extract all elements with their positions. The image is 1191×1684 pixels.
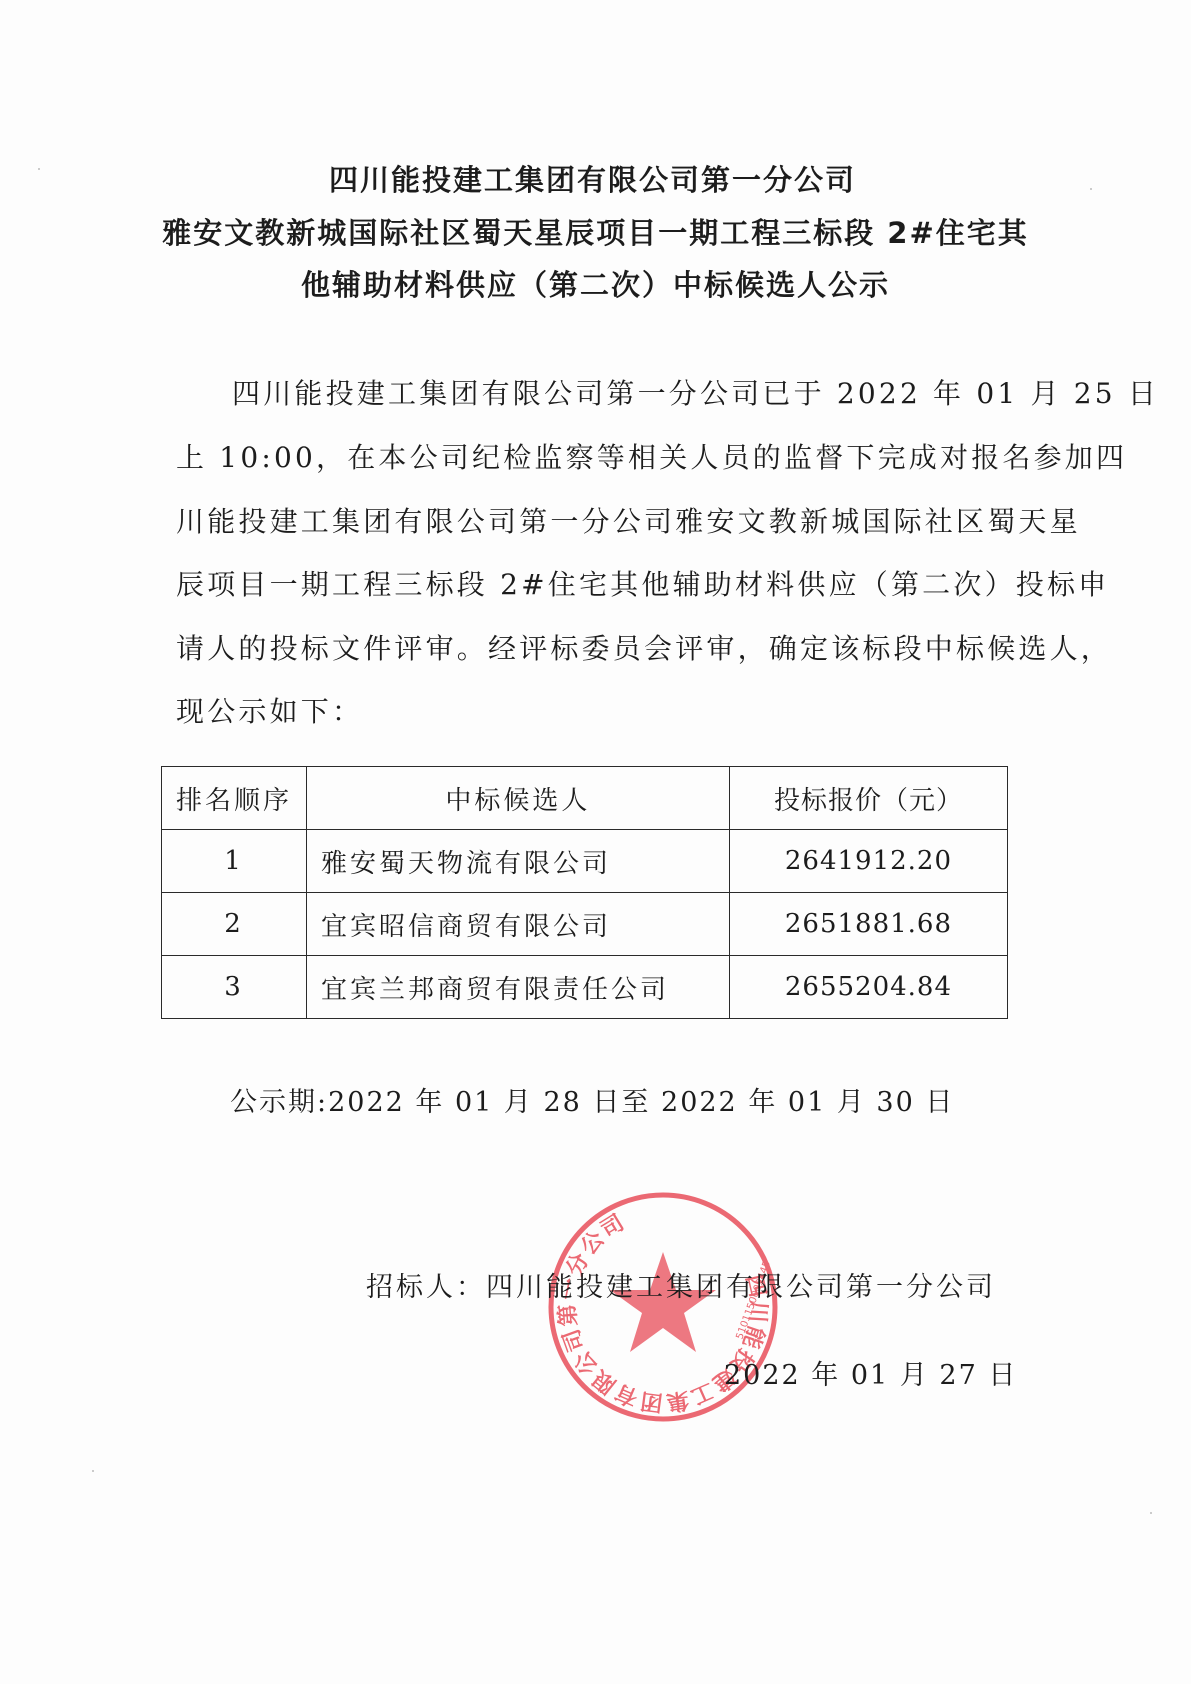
candidate-table: 排名顺序 中标候选人 投标报价（元） 1 雅安蜀天物流有限公司 2641912.… bbox=[161, 766, 1008, 1019]
signature-date: 2022 年 01 月 27 日 bbox=[724, 1356, 1017, 1396]
table-row: 2 宜宾昭信商贸有限公司 2651881.68 bbox=[162, 893, 1008, 956]
body-line-2: 上 10:00，在本公司纪检监察等相关人员的监督下完成对报名参加四 bbox=[176, 438, 996, 478]
cell-price: 2641912.20 bbox=[729, 830, 1007, 893]
title-line-1: 四川能投建工集团有限公司第一分公司 bbox=[0, 160, 1188, 200]
cell-candidate: 宜宾兰邦商贸有限责任公司 bbox=[306, 956, 729, 1019]
scan-speck bbox=[92, 1470, 94, 1472]
body-line-3: 川能投建工集团有限公司第一分公司雅安文教新城国际社区蜀天星 bbox=[176, 502, 996, 542]
cell-price: 2651881.68 bbox=[729, 893, 1007, 956]
cell-candidate: 雅安蜀天物流有限公司 bbox=[306, 830, 729, 893]
title-line-2: 雅安文教新城国际社区蜀天星辰项目一期工程三标段 2#住宅其 bbox=[0, 213, 1191, 253]
cell-rank: 3 bbox=[162, 956, 307, 1019]
body-line-4: 辰项目一期工程三标段 2#住宅其他辅助材料供应（第二次）投标申 bbox=[176, 565, 996, 605]
body-line-1: 四川能投建工集团有限公司第一分公司已于 2022 年 01 月 25 日 bbox=[232, 374, 996, 414]
title-line-3: 他辅助材料供应（第二次）中标候选人公示 bbox=[0, 265, 1191, 305]
body-line-6: 现公示如下： bbox=[176, 692, 996, 732]
body-line-5: 请人的投标文件评审。经评标委员会评审，确定该标段中标候选人， bbox=[176, 629, 996, 669]
cell-rank: 1 bbox=[162, 830, 307, 893]
table-row: 1 雅安蜀天物流有限公司 2641912.20 bbox=[162, 830, 1008, 893]
header-candidate: 中标候选人 bbox=[306, 767, 729, 830]
cell-price: 2655204.84 bbox=[729, 956, 1007, 1019]
tenderer-signature: 招标人：四川能投建工集团有限公司第一分公司 bbox=[366, 1268, 996, 1308]
scan-speck bbox=[38, 168, 40, 170]
cell-candidate: 宜宾昭信商贸有限公司 bbox=[306, 893, 729, 956]
table-header-row: 排名顺序 中标候选人 投标报价（元） bbox=[162, 767, 1008, 830]
header-rank: 排名顺序 bbox=[162, 767, 307, 830]
publicity-period: 公示期:2022 年 01 月 28 日至 2022 年 01 月 30 日 bbox=[230, 1083, 954, 1123]
cell-rank: 2 bbox=[162, 893, 307, 956]
table-row: 3 宜宾兰邦商贸有限责任公司 2655204.84 bbox=[162, 956, 1008, 1019]
scan-speck bbox=[1150, 1512, 1152, 1514]
scan-speck bbox=[1090, 188, 1092, 190]
header-price: 投标报价（元） bbox=[729, 767, 1007, 830]
document-page: 四川能投建工集团有限公司第一分公司 雅安文教新城国际社区蜀天星辰项目一期工程三标… bbox=[0, 0, 1191, 1684]
